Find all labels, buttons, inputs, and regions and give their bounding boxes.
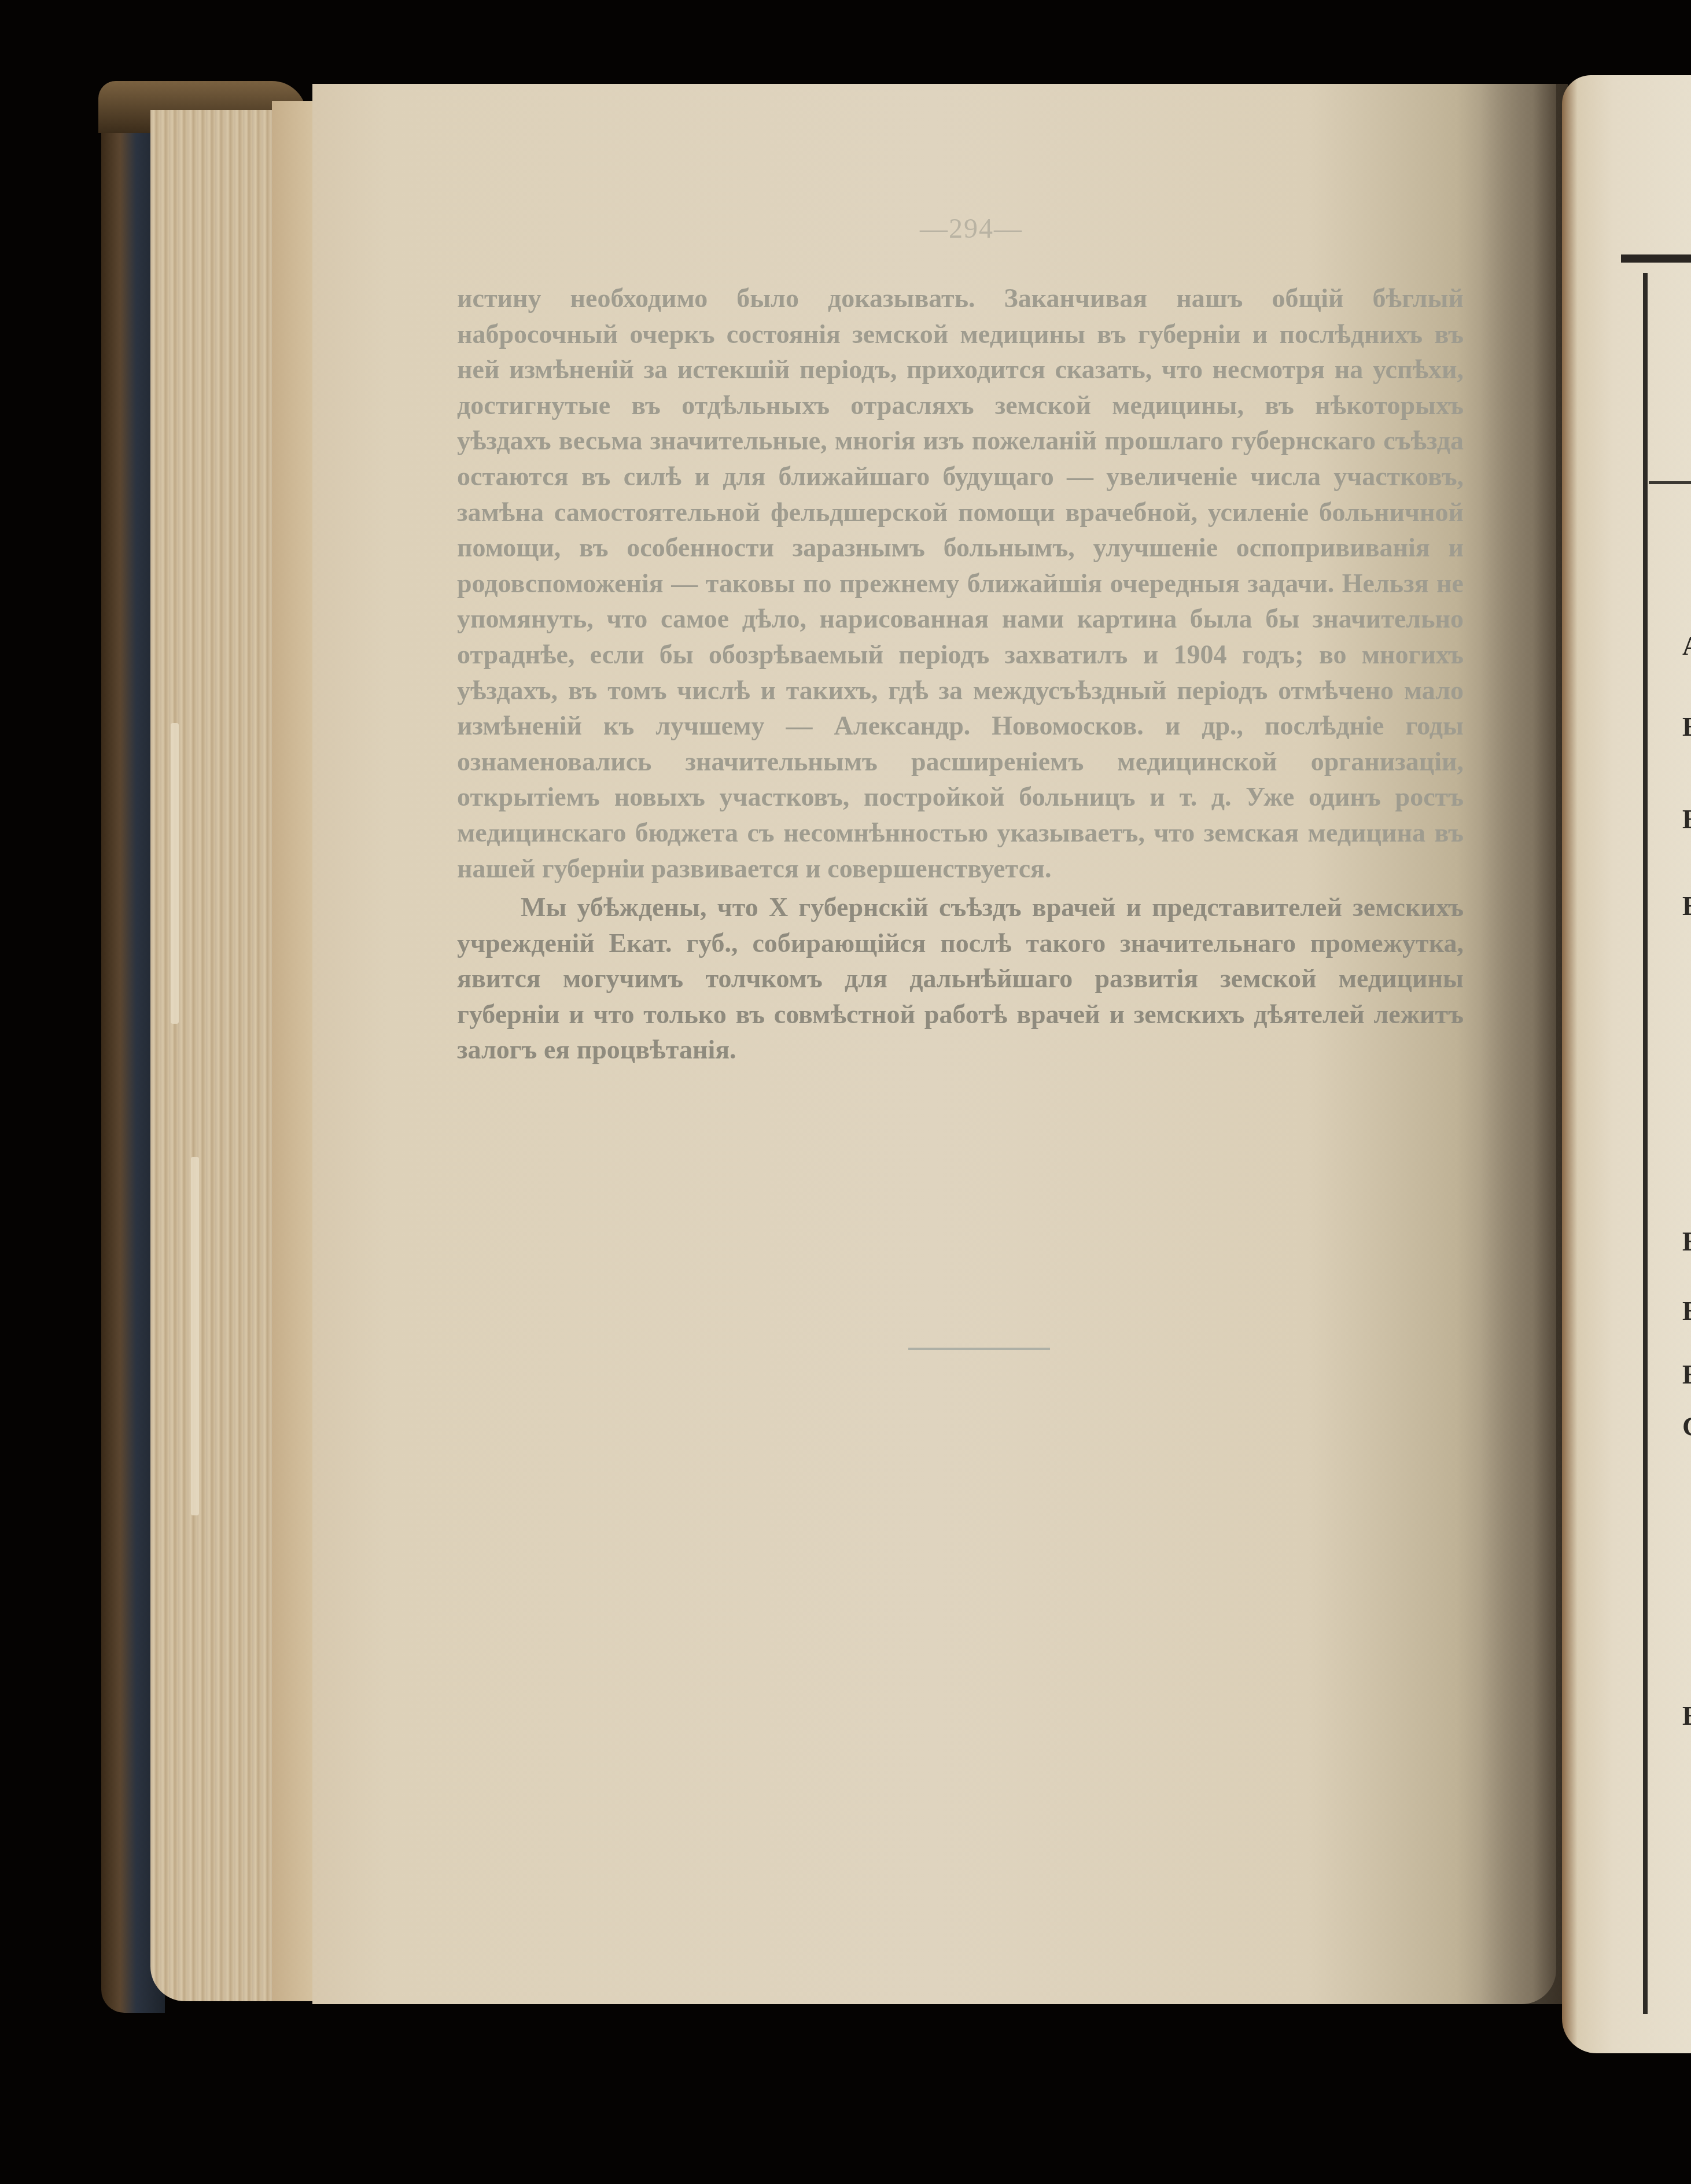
facing-page-table-border	[1643, 273, 1648, 2014]
paragraph-2: Мы убѣждены, что X губернскій съѣздъ вра…	[457, 890, 1464, 1068]
facing-page-letter: Е	[1682, 1359, 1691, 1390]
facing-page-letter: Е	[1682, 711, 1691, 742]
facing-page-letter: Е	[1682, 1296, 1691, 1326]
facing-page-top-rule	[1621, 254, 1691, 263]
facing-page-letter: Е	[1682, 804, 1691, 835]
body-text: истину необходимо было доказывать. Закан…	[457, 281, 1464, 1068]
section-end-rule	[908, 1348, 1050, 1350]
facing-page-letter: Е	[1682, 1700, 1691, 1731]
facing-page-letter: Е	[1682, 1226, 1691, 1257]
facing-page-letter: А	[1682, 630, 1691, 661]
page-tab-marker	[191, 1157, 199, 1515]
paragraph-1: истину необходимо было доказывать. Закан…	[457, 281, 1464, 886]
book-scan: —294— истину необходимо было доказывать.…	[0, 0, 1691, 2184]
page-tab-marker	[171, 723, 179, 1024]
gutter-shadow	[1481, 84, 1568, 2004]
facing-page-table-rule	[1649, 481, 1691, 484]
facing-page	[1562, 75, 1691, 2053]
page-number: —294—	[920, 213, 1023, 245]
facing-page-letter: Е	[1682, 891, 1691, 921]
facing-page-letter: С	[1682, 1411, 1691, 1442]
